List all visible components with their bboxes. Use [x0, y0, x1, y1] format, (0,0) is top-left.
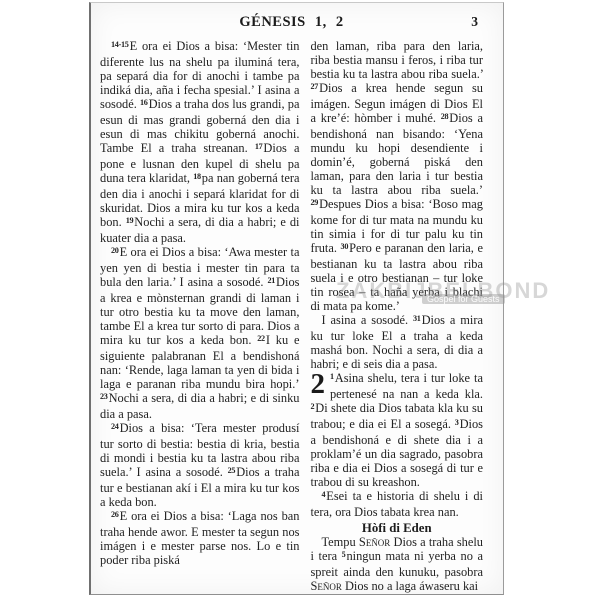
- verse-number: 2: [310, 402, 314, 411]
- verse-paragraph: I asina a sosodé. 31Dios a mira ku tur l…: [310, 313, 483, 371]
- verse-paragraph: 21Asina shelu, tera i tur loke ta perten…: [310, 371, 483, 489]
- verse-number: 31: [413, 314, 421, 323]
- section-heading: Hòfi di Eden: [310, 521, 483, 535]
- verse-number: 1: [330, 372, 334, 381]
- verse-number: 23: [100, 392, 108, 401]
- bible-page: GÉNESIS 1, 2 3 14-15E ora ei Dios a bisa…: [89, 2, 504, 595]
- left-column: 14-15E ora ei Dios a bisa: ‘Mester tin d…: [100, 39, 299, 593]
- verse-number: 4: [321, 490, 325, 499]
- verse-number: 16: [140, 98, 148, 107]
- verse-number: 22: [257, 334, 265, 343]
- verse-number: 29: [310, 198, 318, 207]
- verse-number: 19: [126, 216, 134, 225]
- divine-name: Señor: [359, 535, 390, 549]
- verse-paragraph: 20E ora ei Dios a bisa: ‘Awa mester ta y…: [100, 245, 299, 421]
- verse-number: 17: [255, 142, 263, 151]
- page-title: GÉNESIS 1, 2: [239, 14, 343, 30]
- verse-number: 21: [267, 276, 275, 285]
- verse-number: 14-15: [111, 40, 129, 49]
- verse-number: 26: [111, 510, 119, 519]
- right-column: den laman, riba para den laria, riba bes…: [310, 39, 483, 593]
- verse-paragraph: Tempu Señor Dios a traha shelu i tera 5n…: [310, 535, 483, 593]
- verse-number: 24: [111, 422, 119, 431]
- verse-paragraph: 24Dios a bisa: ‘Tera mester produsí tur …: [100, 421, 299, 509]
- verse-number: 20: [111, 246, 119, 255]
- verse-number: 25: [228, 466, 236, 475]
- chapter-number: 2: [310, 371, 330, 397]
- verse-number: 27: [310, 82, 318, 91]
- divine-name: Señor: [310, 579, 341, 593]
- text-columns: 14-15E ora ei Dios a bisa: ‘Mester tin d…: [100, 39, 483, 593]
- verse-number: 28: [441, 112, 449, 121]
- verse-number: 30: [341, 242, 349, 251]
- page-header: GÉNESIS 1, 2 3: [100, 13, 483, 31]
- verse-paragraph: 26E ora ei Dios a bisa: ‘Laga nos ban tr…: [100, 509, 299, 567]
- verse-paragraph: den laman, riba para den laria, riba bes…: [310, 39, 483, 313]
- page-number: 3: [471, 14, 478, 30]
- verse-paragraph: 14-15E ora ei Dios a bisa: ‘Mester tin d…: [100, 39, 299, 245]
- verse-number: 18: [193, 172, 201, 181]
- verse-number: 3: [455, 418, 459, 427]
- verse-number: 5: [342, 550, 346, 559]
- verse-paragraph: 4Esei ta e historia di shelu i di tera, …: [310, 489, 483, 519]
